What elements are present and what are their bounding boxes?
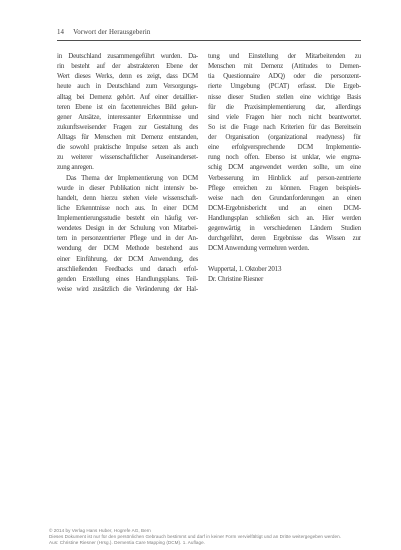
text-line: zu weiterer wissenschaftlicher Auseinand… xyxy=(57,152,198,162)
text-line: teren Ebene ist ein facettenreiches Bild… xyxy=(57,102,198,112)
text-line: zung anregen. xyxy=(57,162,198,172)
text-line: die sowohl praktische Impulse setzen als… xyxy=(57,142,198,152)
text-line: gener Ansätze, interessanter Erkenntniss… xyxy=(57,112,198,122)
text-line: rierte Umgebung (PCAT) erfasst. Die Erge… xyxy=(208,81,361,91)
text-line: Wert dieses Werks, denn es zeigt, dass D… xyxy=(57,71,198,81)
text-line: DCM Anwendung vermehren werden. xyxy=(208,243,361,253)
text-line: Pflege erreichen zu können. Fragen beisp… xyxy=(208,183,361,193)
text-line: Alltags für Menschen mit Demenz entstand… xyxy=(57,132,198,142)
text-line: anschließenden Feedbacks und danach erfo… xyxy=(57,264,198,274)
text-line: gegenwärtig in verschiedenen Ländern Stu… xyxy=(208,223,361,233)
text-line: Implementierungsstudie besteht ein häufi… xyxy=(57,213,198,223)
text-line: für die Praxisimplementierung dar, aller… xyxy=(208,102,361,112)
page-header: 14Vorwort der Herausgeberin xyxy=(57,29,150,37)
left-column: in Deutschland zusammengeführt wurden. D… xyxy=(57,51,198,294)
signature-author: Dr. Christine Riesner xyxy=(208,274,361,284)
text-line: rung noch offen. Ebenso ist unklar, wie … xyxy=(208,152,361,162)
text-line: weise nach den Grundanforderungen an ein… xyxy=(208,193,361,203)
text-line: DCM-Ergebnisbericht und an einen DCM- xyxy=(208,203,361,213)
text-line: alltag bei Demenz gehört. Auf einer deta… xyxy=(57,92,198,102)
text-line: weise wird zusätzlich die Veränderung de… xyxy=(57,284,198,294)
text-line: wurde in dieser Publikation nicht intens… xyxy=(57,183,198,193)
document-page: 14Vorwort der Herausgeberin in Deutschla… xyxy=(0,0,401,550)
text-line: sind viele Fragen hier noch nicht beantw… xyxy=(208,112,361,122)
text-line: wendetes Design in der Schulung von Mita… xyxy=(57,223,198,233)
blank-line xyxy=(208,254,361,264)
text-line: einer Einführung, der DCM Anwendung, des xyxy=(57,254,198,264)
text-line: in Deutschland zusammengeführt wurden. D… xyxy=(57,51,198,61)
text-line: handelt, denn hierzu stehen viele wissen… xyxy=(57,193,198,203)
text-line: nisse dieser Studien stellen eine wichti… xyxy=(208,92,361,102)
right-column: tung und Einstellung der Mitarbeitenden … xyxy=(208,51,361,284)
text-line: tia Questionnaire ADQ) oder die personze… xyxy=(208,71,361,81)
header-title: Vorwort der Herausgeberin xyxy=(73,29,150,36)
signature-place-date: Wuppertal, 1. Oktober 2013 xyxy=(208,264,361,274)
text-line: Verbesserung im Hinblick auf person-zent… xyxy=(208,173,361,183)
text-line: genden Erstellung eines Handlungsplans. … xyxy=(57,274,198,284)
text-line: eine erfolgversprechende DCM Implementie… xyxy=(208,142,361,152)
text-line: der Organisation (organizational readyne… xyxy=(208,132,361,142)
footer-line: Dieses Dokument ist nur für den persönli… xyxy=(49,534,384,540)
header-rule xyxy=(57,40,361,41)
footer-line: Aus: Christine Riesner (Hrsg.). Dementia… xyxy=(49,540,384,546)
text-line: rin besteht auf der abstrakteren Ebene d… xyxy=(57,61,198,71)
text-line: Das Thema der Implementierung von DCM xyxy=(57,173,198,183)
text-line: tern in personzentrierter Pflege und in … xyxy=(57,233,198,243)
text-line: tung und Einstellung der Mitarbeitenden … xyxy=(208,51,361,61)
text-line: durchgeführt, deren Ergebnisse das Wisse… xyxy=(208,233,361,243)
text-line: zukunftsweisender Fragen zur Gestaltung … xyxy=(57,122,198,132)
text-line: So ist die Frage nach Kriterien für das … xyxy=(208,122,361,132)
text-line: Handlungsplan schließen sich an. Hier we… xyxy=(208,213,361,223)
right-column-text: tung und Einstellung der Mitarbeitenden … xyxy=(208,51,361,254)
text-line: schig DCM angewendet werden sollte, um e… xyxy=(208,162,361,172)
text-line: liche Erkenntnisse noch aus. In einer DC… xyxy=(57,203,198,213)
text-line: wendung der DCM Methode bestehend aus xyxy=(57,243,198,253)
text-line: Menschen mit Demenz (Attitudes to Demen- xyxy=(208,61,361,71)
footer: © 2014 by Verlag Hans Huber, Hogrefe AG,… xyxy=(49,528,384,547)
page-number: 14 xyxy=(57,29,64,36)
text-line: heute auch in Deutschland zum Versorgung… xyxy=(57,81,198,91)
